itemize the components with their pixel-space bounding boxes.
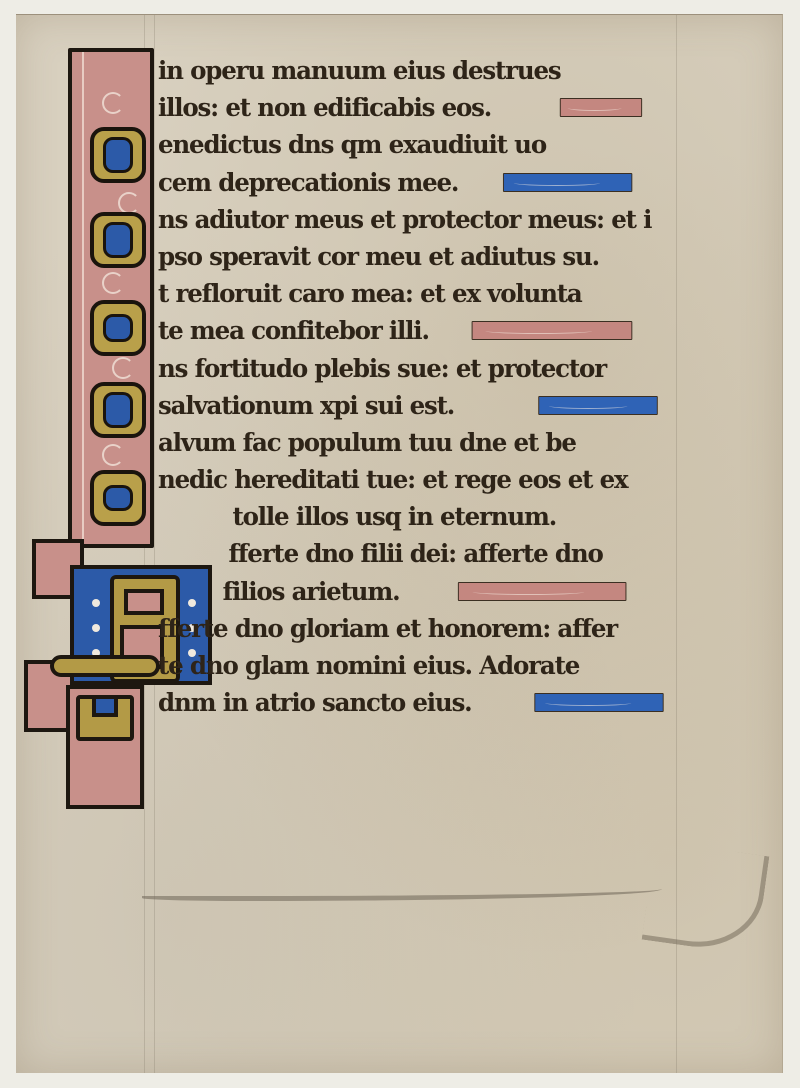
- line-filler-red: [560, 98, 642, 117]
- line-filler-red: [472, 321, 633, 340]
- initial-letter-e: E: [90, 300, 146, 356]
- text-line: t refloruit caro mea: et ex volunta: [158, 275, 668, 312]
- flourish-icon: [112, 357, 134, 379]
- flourish-icon: [102, 444, 124, 466]
- text-line: salvationum xpi sui est.: [158, 387, 668, 424]
- line-filler-blue: [538, 396, 658, 415]
- text-line: te mea confitebor illi.: [158, 312, 668, 349]
- text-line: cem deprecationis mee.: [158, 164, 668, 201]
- initial-letter-s: S: [90, 470, 146, 526]
- initial-column: B D E D S: [68, 48, 154, 548]
- flourish-icon: [102, 92, 124, 114]
- text-line: illos: et non edificabis eos.: [158, 89, 668, 126]
- gold-letter-a-small: A: [76, 695, 134, 741]
- text-line: fferte dno filii dei: afferte dno: [158, 535, 668, 572]
- vine-decoration: [82, 52, 84, 544]
- text-line: ns adiutor meus et protector meus: et i: [158, 201, 668, 238]
- text-line: pso speravit cor meu et adiutus su.: [158, 238, 668, 275]
- flourish-icon: [102, 272, 124, 294]
- text-line: te dno glam nomini eius. Adorate: [158, 647, 668, 684]
- initial-letter-d: D: [90, 382, 146, 438]
- line-filler-blue: [534, 693, 663, 712]
- text-line: alvum fac populum tuu dne et be: [158, 424, 668, 461]
- initial-letter-b: B: [90, 127, 146, 183]
- line-filler-red: [458, 582, 627, 601]
- text-line: ns fortitudo plebis sue: et protector: [158, 350, 668, 387]
- flourish-icon: [118, 192, 140, 214]
- gold-swash: [50, 655, 160, 677]
- text-line: fferte dno gloriam et honorem: affer: [158, 610, 668, 647]
- text-line: nedic hereditati tue: et rege eos et ex: [158, 461, 668, 498]
- text-line: tolle illos usq in eternum.: [158, 498, 668, 535]
- initial-frame: A: [66, 685, 144, 809]
- text-line: filios arietum.: [158, 573, 668, 610]
- initial-letter-d: D: [90, 212, 146, 268]
- text-line: dnm in atrio sancto eius.: [158, 684, 668, 721]
- line-filler-blue: [503, 173, 632, 192]
- text-line: in operu manuum eius destrues: [158, 52, 668, 89]
- text-block: in operu manuum eius destrues illos: et …: [158, 52, 678, 721]
- text-line: enedictus dns qm exaudiuit uo: [158, 126, 668, 163]
